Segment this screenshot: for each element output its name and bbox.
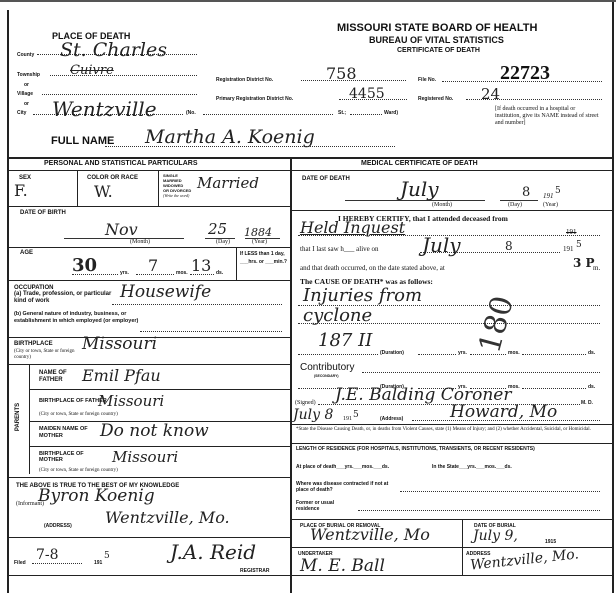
duration-label: (Duration) [380,350,404,356]
occupation-b-label: (b) General nature of industry, business… [14,311,139,325]
father-birthplace-value: Missouri [98,392,164,410]
last-saw-year: 5 [576,240,582,250]
ds-label: ds. [216,270,223,276]
in-state-label: In the State___yrs.___mos.___ds. [432,464,600,470]
mother-maiden-value: Do not know [100,421,209,441]
father-birthplace-sub: (City or town, State or foreign country) [39,412,118,417]
year-prefix: 191 [563,245,574,253]
contracted-label: Where was disease contracted if not at p… [296,481,396,493]
birthplace-value: Missouri [82,334,157,354]
reg-district-label: Registration District No. [216,77,273,83]
county-label: County [17,52,34,58]
day-caption: (Day) [216,239,230,245]
race-value: W. [94,182,113,201]
signed-label: (Signed) [295,400,316,406]
board-title: MISSOURI STATE BOARD OF HEALTH [337,22,537,34]
less-than-day-label: If LESS than 1 day, ___hrs. or ___min.? [240,250,288,266]
ds-label: ds. [588,384,595,390]
signer-address: Howard, Mo [450,402,557,422]
death-certificate: PLACE OF DEATH County St. Charles Townsh… [0,0,616,593]
cause-line-1: Injuries from [303,285,422,306]
county-value: St. Charles [60,39,167,61]
hospital-note: [If death occurred in a hospital or inst… [495,106,599,127]
dod-day: 8 [522,185,530,200]
year-caption: (Year) [252,239,267,245]
file-stamp: 180 [472,292,521,356]
father-name-value: Emil Pfau [82,366,161,385]
md-label: M. D. [581,400,593,406]
dob-month: Nov [105,220,138,239]
age-label: AGE [20,250,33,256]
primary-reg-district-value: 4455 [349,86,385,102]
file-no-label: File No. [418,77,436,83]
attended-value: Held Inquest [300,218,405,237]
full-name-value: Martha A. Koenig [145,126,315,148]
mother-birthplace-value: Missouri [112,448,178,466]
dob-label: DATE OF BIRTH [20,210,66,216]
ds-label: ds. [588,350,595,356]
center-divider [290,157,292,593]
mos-label: mos. [508,350,520,356]
dod-label: DATE OF DEATH [302,176,350,182]
right-border [612,2,614,593]
race-label: COLOR OR RACE [87,175,138,181]
last-saw-month: July [422,233,461,257]
bureau-title: BUREAU OF VITAL STATISTICS [369,35,504,45]
contributory-label: Contributory [300,362,354,373]
address-label: (Address) [380,416,403,422]
form-title: CERTIFICATE OF DEATH [397,47,480,54]
residence-heading: LENGTH OF RESIDENCE (FOR HOSPITALS, INST… [296,446,600,453]
filed-year-prefix: 191 [94,560,102,566]
age-years: 30 [72,255,97,276]
father-name-label: NAME OF FATHER [39,370,79,384]
city-value: Wentzville [52,97,157,121]
last-saw-label: that I last saw h___ alive on [300,245,379,253]
mother-birthplace-label: BIRTHPLACE OF MOTHER [39,451,97,463]
dod-year-prefix: 191 [543,192,554,200]
year-prefix: 191 [343,416,352,422]
informant-address-value: Wentzville, Mo. [105,508,230,527]
reg-district-value: 758 [326,64,357,83]
primary-reg-district-label: Primary Registration District No. [216,96,293,102]
day-caption: (Day) [508,202,522,208]
mother-birthplace-sub: (City or town, State or foreign country) [39,468,118,473]
year-caption: (Year) [543,202,558,208]
secondary-label: (SECONDARY) [314,374,339,378]
cause-code: 187 II [318,330,372,351]
dob-year: 1884 [244,226,272,239]
registrar-label: REGISTRAR [240,568,269,574]
father-birthplace-label: BIRTHPLACE OF FATHER [39,398,107,404]
yrs-label: yrs. [120,270,129,276]
last-saw-day: 8 [505,239,513,253]
occupation-value: Housewife [120,282,211,302]
street-label: St.; [338,110,346,116]
sex-value: F. [14,181,28,200]
former-residence-label: Former or usual residence [296,500,356,512]
burial-place-value: Wentzville, Mo [310,525,430,544]
age-months: 7 [148,256,158,275]
signed-year-suffix: 5 [353,410,359,420]
at-place-label: At place of death___yrs.___mos.___ds. [296,464,406,470]
medical-heading: MEDICAL CERTIFICATE OF DEATH [361,160,478,167]
age-days: 13 [191,256,211,275]
mos-label: mos. [176,270,188,276]
birthplace-sub: (City or town, State or foreign country) [14,349,84,361]
city-label: City [17,110,26,116]
street-no-label: (No. [186,110,196,116]
personal-heading: PERSONAL AND STATISTICAL PARTICULARS [44,160,197,167]
section-divider [9,157,612,159]
informant-address-label: (ADDRESS) [44,523,72,529]
dob-day: 25 [208,220,227,238]
mother-maiden-label: MAIDEN NAME OF MOTHER [39,426,97,440]
parents-label: PARENTS [15,403,21,431]
cause-line-2: cyclone [303,305,372,326]
township-label: Township [17,72,40,78]
death-time: 3 P [573,256,595,270]
filed-date: 7-8 [36,547,59,563]
burial-year: 1915 [545,539,556,545]
dod-month: July [400,177,439,201]
ward-label: Ward) [384,110,398,116]
registered-no-label: Registered No. [418,96,453,102]
time-suffix: m. [593,264,600,272]
undertaker-value: M. E. Ball [300,556,385,576]
year-prefix: 191 [566,228,577,236]
village-label: Village [17,91,33,97]
month-caption: (Month) [432,202,452,208]
filed-year-suffix: 5 [104,551,110,561]
signed-date: July 8 [293,407,333,423]
informant-value: Byron Koenig [38,486,155,506]
registrar-signature: J.A. Reid [170,540,256,564]
occupation-a-label: (a) Trade, profession, or particular kin… [14,291,114,305]
or-label: or [24,101,29,107]
township-value: Cuivre [70,63,114,78]
dod-year-suffix: 5 [555,186,561,196]
filed-label: Filed [14,560,26,566]
or-label: or [24,82,29,88]
burial-date-value: July 9, [473,528,518,544]
month-caption: (Month) [130,239,150,245]
yrs-label: yrs. [458,350,467,356]
registered-no-value: 24 [481,85,500,103]
file-no-value: 22723 [500,62,550,85]
marital-value: Married [197,174,259,192]
occurred-text: and that death occurred, on the date sta… [300,264,445,272]
footnote: *State the Disease Causing Death, or, in… [296,427,600,433]
birthplace-label: BIRTHPLACE [14,341,53,347]
left-border [7,10,9,593]
